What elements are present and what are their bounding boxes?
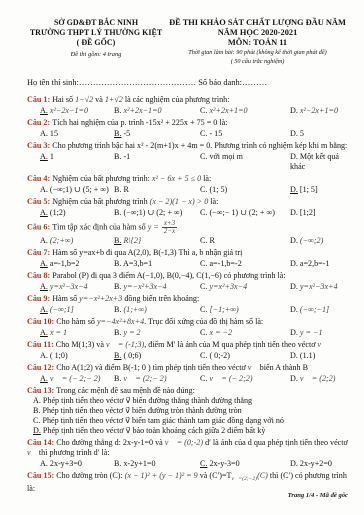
question-text-line: Câu 1: Hai số 1−√2 và 1+√2 là các nghiệm…: [27, 95, 350, 105]
option-letter: A.: [40, 236, 48, 245]
option-letter: D.: [290, 374, 298, 383]
option-letter: A.: [40, 351, 48, 360]
option-text: v⃗ = (2;− 2): [121, 374, 166, 383]
option-A: A. ( 1;0): [40, 351, 114, 361]
option-B: B. A=3,b=1: [114, 259, 200, 269]
answer-options: A. (2;+∞)B. R\{2}C. RD. (−∞;2): [27, 236, 350, 246]
question-text-line: Câu 13: Trong các mệnh đề sau mệnh đề nà…: [27, 386, 350, 396]
question-text: Nghiệm của bất phương trình:: [52, 174, 152, 183]
question-text: Cho M(1;3) và: [56, 340, 106, 349]
page-footer: Trang 1/4 - Mã đề gốc: [288, 492, 348, 499]
question-5: Câu 5: Nghiệm của bất phương trình (x − …: [27, 197, 350, 218]
option-D: D. y=x²−3x+4: [290, 282, 350, 292]
question-text: là các nghiệm của phương trình:: [123, 95, 230, 104]
option-text: y = −1: [298, 328, 323, 337]
option-text: ( 0;-2): [207, 351, 229, 360]
option-C: C. Phép tịnh tiến theo véctơ v⃗ biến tam…: [33, 416, 350, 426]
option-text: R: [121, 185, 128, 194]
question-text-line: Câu 15: Cho đường tròn (C): (x − 1)² + (…: [27, 471, 350, 494]
question-text: Cho phương trình bậc hai x² - 2(m+1)x + …: [52, 141, 347, 150]
option-text: với mọi m: [207, 152, 243, 161]
option-text: (1;2): [48, 208, 66, 217]
question-text: Cho hàm số: [56, 317, 97, 326]
question-text: Parabol (P) đi qua 3 điểm A(−1,0), B(0,−…: [52, 271, 285, 280]
option-letter: A.: [40, 185, 48, 194]
question-text: Hàm số y=ax+b đi qua A(2,0), B(-1,3) Thì…: [52, 248, 242, 257]
subject: MÔN: TOÁN 11: [165, 38, 350, 48]
formula: y=−x²+2x+3: [79, 294, 122, 303]
option-D: D. 5: [290, 129, 350, 139]
question-text: Tìm tập xác định của hàm số: [52, 222, 148, 231]
option-C: C. (1; 5): [200, 185, 290, 195]
question-text: Cho đường thẳng d: 2x-y-1=0 và: [56, 438, 165, 447]
question-10: Câu 10: Cho hàm số y=−4x²+8x+4. Trục đối…: [27, 317, 350, 338]
option-C: C. x = −2: [200, 328, 290, 338]
answer-options: A. x²−2x−1=0B. x²+2x−1=0C. x²+2x+1=0D. x…: [27, 106, 350, 116]
option-B: B. y = 2: [114, 328, 200, 338]
option-C: C. với mọi m: [200, 152, 290, 172]
question-9: Câu 9: Hàm số y=−x²+2x+3 đồng biến trên …: [27, 294, 350, 315]
question-number: Câu 14:: [27, 438, 56, 447]
option-D: D. (−∞;2): [290, 236, 350, 246]
option-text: Phép tịnh tiến theo véctơ v⃗ biến đường …: [40, 406, 241, 415]
option-A: A. a=-1,b=2: [40, 259, 114, 269]
question-2: Câu 2: Tích hai nghiệm của p. trình -15x…: [27, 118, 350, 139]
answer-options: A. (−∞;1]B. (1;+∞)C. [−1;+∞)D. (−∞;−1]: [27, 305, 350, 315]
question-count-note: ( 50 câu trắc nghiệm): [165, 58, 350, 66]
option-C: C. a=-1,b=-2: [200, 259, 290, 269]
option-D: D. (−∞;−1]: [290, 305, 350, 315]
option-letter: D.: [290, 129, 298, 138]
exam-page: { "colors": { "question_label": "#9c3a28…: [0, 0, 364, 515]
formula: x² − 6x + 5 ≤ 0: [152, 174, 201, 183]
option-B: B. (−∞;1) ∪ (2; + ∞): [114, 208, 200, 218]
option-text: -5: [121, 129, 130, 138]
question-number: Câu 2:: [27, 118, 52, 127]
question-13: Câu 13: Trong các mệnh đề sau mệnh đề nà…: [27, 386, 350, 436]
question-number: Câu 11:: [27, 340, 56, 349]
question-4: Câu 4: Nghiệm của bất phương trình: x² −…: [27, 174, 350, 195]
header-right-block: ĐỀ THI KHẢO SÁT CHẤT LƯỢNG ĐẦU NĂM NĂM H…: [165, 18, 350, 65]
option-D: D. Phép tịnh tiến theo véctơ v⃗ bảo toàn…: [33, 426, 350, 436]
option-text: (−∞;1) ∪ (2; + ∞): [121, 208, 182, 217]
option-text: v⃗ = (− 2;− 2): [48, 374, 101, 383]
option-A: A. x = 1: [40, 328, 114, 338]
option-D: D. [1; 5]: [290, 185, 350, 195]
option-text: R\{2}: [121, 236, 141, 245]
option-text: x = 1: [48, 328, 67, 337]
option-text: x²−2x+1=0: [298, 106, 338, 115]
option-A: A. y=x²−3x−4: [40, 282, 114, 292]
option-C: C. [−1;+∞): [200, 305, 290, 315]
duration-note: Thời gian làm bài: 90 phút (không kể thờ…: [165, 49, 350, 57]
option-text: (−∞;−1]: [298, 305, 329, 314]
option-B: B. R\{2}: [114, 236, 200, 246]
fraction: x+32−x: [162, 220, 177, 235]
option-letter: A.: [40, 328, 48, 337]
question-text-line: Câu 4: Nghiệm của bất phương trình: x² −…: [27, 174, 350, 184]
option-letter: D.: [290, 305, 298, 314]
option-letter: A.: [40, 106, 48, 115]
answer-options: A. a=-1,b=2B. A=3,b=1C. a=-1,b=-2D. a=2,…: [27, 259, 350, 269]
question-6: Câu 6: Tìm tập xác định của hàm số y = x…: [27, 220, 350, 246]
option-A: A. x²−2x−1=0: [40, 106, 114, 116]
option-text: [1; 5]: [298, 185, 318, 194]
option-letter: A.: [40, 152, 48, 161]
option-text: x²−2x−1=0: [48, 106, 88, 115]
answer-options: A. (−∞;1) ∪ (5; + ∞)B. RC. (1; 5)D. [1; …: [27, 185, 350, 195]
option-text: y=x²−3x−4: [48, 282, 88, 291]
option-B: B. x²+2x−1=0: [114, 106, 200, 116]
option-letter: A.: [40, 305, 48, 314]
option-text: x²+2x+1=0: [207, 106, 247, 115]
question-1: Câu 1: Hai số 1−√2 và 1+√2 là các nghiệm…: [27, 95, 350, 116]
option-D: D. 2x-y+2=0: [290, 459, 350, 469]
option-A: A. (1;2): [40, 208, 114, 218]
option-D: D. Một kết quả khác: [290, 152, 350, 172]
option-B: B. ( 0;6): [114, 351, 200, 361]
question-text: là:: [201, 174, 211, 183]
option-text: 2x-y+3=0: [48, 459, 82, 468]
option-text: ( 1;0): [48, 351, 68, 360]
question-number: Câu 4:: [27, 174, 52, 183]
option-C: C. - 15: [200, 129, 290, 139]
option-letter: A.: [40, 259, 48, 268]
option-text: (2;+∞): [48, 236, 73, 245]
option-letter: D.: [290, 259, 298, 268]
question-7: Câu 7: Hàm số y=ax+b đi qua A(2,0), B(-1…: [27, 248, 350, 269]
option-D: D. v⃗ = (2;2): [290, 374, 350, 384]
option-C: C. v⃗ = (− 2;2): [200, 374, 290, 384]
question-text-line: Câu 14: Cho đường thẳng d: 2x-y-1=0 và v…: [27, 438, 350, 458]
question-text: Cho đường tròn (C):: [56, 471, 124, 480]
question-text: thì phương trình d′ là:: [37, 448, 110, 457]
question-text-line: Câu 9: Hàm số y=−x²+2x+3 đồng biến trên …: [27, 294, 350, 304]
option-A: A. (−∞;1]: [40, 305, 114, 315]
question-text-line: Câu 3: Cho phương trình bậc hai x² - 2(m…: [27, 141, 350, 151]
option-letter: D.: [290, 459, 298, 468]
option-A: A. (−∞;1) ∪ (5; + ∞): [40, 185, 114, 195]
answer-options: A. v⃗ = (− 2;− 2)B. v⃗ = (2;− 2)C. v⃗ = …: [27, 374, 350, 384]
option-text: 2x-y-3=0: [207, 459, 239, 468]
option-C: C. (−∞;− 1) ∪ (2; + ∞): [200, 208, 290, 218]
question-number: Câu 13:: [27, 386, 56, 395]
option-D: D. (1.1): [290, 351, 350, 361]
option-text: (1.1): [298, 351, 316, 360]
option-text: -1: [121, 152, 130, 161]
question-number: Câu 12:: [27, 363, 56, 372]
exam-version: ( ĐỀ GỐC): [27, 38, 165, 48]
question-text-line: Câu 2: Tích hai nghiệm của p. trình -15x…: [27, 118, 350, 128]
question-15: Câu 15: Cho đường tròn (C): (x − 1)² + (…: [27, 471, 350, 494]
option-text: [1;2]: [298, 208, 316, 217]
option-C: C. R: [200, 236, 290, 246]
question-text: . Trục đối xứng của đồ thị hàm số là:: [144, 317, 263, 326]
question-8: Câu 8: Parabol (P) đi qua 3 điểm A(−1,0)…: [27, 271, 350, 292]
option-letter: D.: [33, 426, 41, 435]
option-text: - 15: [207, 129, 222, 138]
question-number: Câu 3:: [27, 141, 52, 150]
option-B: B. -1: [114, 152, 200, 172]
option-letter: D.: [290, 236, 298, 245]
option-letter: D.: [290, 152, 298, 161]
option-text: 2x-y+2=0: [298, 459, 332, 468]
formula: v⃗=(2;−2): [231, 476, 257, 482]
option-text: (1; 5): [207, 185, 227, 194]
option-text: (−∞;1]: [48, 305, 74, 314]
option-A: A. v⃗ = (− 2;− 2): [40, 374, 114, 384]
question-3: Câu 3: Cho phương trình bậc hai x² - 2(m…: [27, 141, 350, 172]
option-letter: A.: [40, 459, 48, 468]
option-text: x-2y+1=0: [121, 459, 155, 468]
student-info-line: Họ tên thí sinh:…………………………………… Số báo da…: [27, 78, 350, 87]
question-text: Nghiệm của bất phương trình: [52, 197, 149, 206]
option-letter: A.: [40, 374, 48, 383]
formula: v⃗ = (-1;3): [106, 340, 144, 349]
question-number: Câu 10:: [27, 317, 56, 326]
option-letter: A.: [40, 129, 48, 138]
option-text: 5: [298, 129, 304, 138]
option-letter: D.: [290, 106, 298, 115]
question-text-line: Câu 10: Cho hàm số y=−4x²+8x+4. Trục đối…: [27, 317, 350, 327]
answer-options: A. 2x-y+3=0B. x-2y+1=0C. 2x-y-3=0D. 2x-y…: [27, 459, 350, 469]
question-text-line: Câu 8: Parabol (P) đi qua 3 điểm A(−1,0)…: [27, 271, 350, 281]
option-text: (−∞;1) ∪ (5; + ∞): [48, 185, 109, 194]
question-text-line: Câu 11: Cho M(1;3) và v⃗ = (-1;3), điểm …: [27, 340, 350, 350]
option-text: a=2,b=-1: [298, 259, 330, 268]
question-12: Câu 12: Cho A(1;2) và điểm B(-1; 0 ) tìm…: [27, 363, 350, 384]
question-text: Cho A(1;2) và điểm B(-1; 0 ) tìm phép tị…: [56, 363, 248, 372]
option-text: v⃗ = (2;2): [298, 374, 336, 383]
option-text: a=-1,b=-2: [207, 259, 241, 268]
question-text: Hai số: [52, 95, 75, 104]
option-text: Phép tịnh tiến theo véctơ v⃗ biến đường …: [41, 396, 252, 405]
formula: 1−√2: [75, 95, 93, 104]
option-text: x = −2: [207, 328, 232, 337]
exam-header: SỞ GD&ĐT BẮC NINH TRƯỜNG THPT LÝ THƯỜNG …: [27, 18, 350, 65]
question-text: biến A thành B: [258, 363, 308, 372]
option-B: B. (1;+∞): [114, 305, 200, 315]
question-text: Hàm số: [52, 294, 79, 303]
question-number: Câu 1:: [27, 95, 52, 104]
formula: v⃗: [27, 448, 37, 457]
question-text: Tích hai nghiệm của p. trình -15x² + 225…: [52, 118, 227, 127]
option-text: R: [207, 236, 214, 245]
option-text: [−1;+∞): [207, 305, 238, 314]
option-text: Phép tịnh tiến theo véctơ v⃗ bảo toàn kh…: [41, 426, 266, 435]
option-C: C. 2x-y-3=0: [200, 459, 290, 469]
option-B: B. Phép tịnh tiến theo véctơ v⃗ biến đườ…: [33, 406, 350, 416]
header-left-block: SỞ GD&ĐT BẮC NINH TRƯỜNG THPT LÝ THƯỜNG …: [27, 18, 165, 65]
option-text: y=−x²+3x−4: [121, 282, 166, 291]
formula: (x − 1)² + (y − 1)² = 9: [125, 471, 198, 480]
option-text: 15: [48, 129, 58, 138]
document: SỞ GD&ĐT BẮC NINH TRƯỜNG THPT LÝ THƯỜNG …: [0, 0, 364, 494]
answer-options: A. 1B. -1C. với mọi mD. Một kết quả khác: [27, 152, 350, 172]
answer-options: A. y=x²−3x−4B. y=−x²+3x−4C. y=x²+3x−4D. …: [27, 282, 350, 292]
question-number: Câu 7:: [27, 248, 52, 257]
question-number: Câu 15:: [27, 471, 56, 480]
option-B: B. y=−x²+3x−4: [114, 282, 200, 292]
page-count-note: Đề thi gồm: 4 trang: [27, 51, 165, 59]
question-text-line: Câu 5: Nghiệm của bất phương trình (x − …: [27, 197, 350, 207]
formula: y =: [148, 222, 161, 231]
option-A: A. 15: [40, 129, 114, 139]
option-D: D. a=2,b=-1: [290, 259, 350, 269]
option-B: B. R: [114, 185, 200, 195]
option-letter: D.: [290, 351, 298, 360]
question-text-line: Câu 6: Tìm tập xác định của hàm số y = x…: [27, 220, 350, 235]
option-A: A. 2x-y+3=0: [40, 459, 114, 469]
question-text: và: [93, 95, 105, 104]
school-year: NĂM HỌC 2020-2021: [165, 28, 350, 38]
question-text-line: Câu 7: Hàm số y=ax+b đi qua A(2,0), B(-1…: [27, 248, 350, 258]
option-C: C. y=x²+3x−4: [200, 282, 290, 292]
question-text: Trong các mệnh đề sau mệnh đề nào đúng:: [56, 386, 195, 395]
question-14: Câu 14: Cho đường thẳng d: 2x-y-1=0 và v…: [27, 438, 350, 469]
answer-options: A. ( 1;0)B. ( 0;6)C. ( 0;-2)D. (1.1): [27, 351, 350, 361]
questions: Câu 1: Hai số 1−√2 và 1+√2 là các nghiệm…: [27, 95, 350, 494]
option-text: ( 0;6): [121, 351, 141, 360]
question-text: là:: [208, 197, 218, 206]
option-text: Phép tịnh tiến theo véctơ v⃗ biến tam gi…: [40, 416, 284, 425]
formula: y=−4x²+8x+4: [97, 317, 144, 326]
option-text: 1: [48, 152, 54, 161]
option-C: C. ( 0;-2): [200, 351, 290, 361]
question-number: Câu 9:: [27, 294, 52, 303]
option-B: B. v⃗ = (2;− 2): [114, 374, 200, 384]
formula: v⃗: [248, 363, 258, 372]
option-D: D. [1;2]: [290, 208, 350, 218]
answer-options: A. (1;2)B. (−∞;1) ∪ (2; + ∞)C. (−∞;− 1) …: [27, 208, 350, 218]
option-A: A. Phép tịnh tiến theo véctơ v⃗ biến đườ…: [33, 396, 350, 406]
department-name: SỞ GD&ĐT BẮC NINH: [27, 18, 165, 28]
option-C: C. x²+2x+1=0: [200, 106, 290, 116]
option-text: a=-1,b=2: [48, 259, 80, 268]
option-text: v⃗ = (− 2;2): [207, 374, 252, 383]
exam-title: ĐỀ THI KHẢO SÁT CHẤT LƯỢNG ĐẦU NĂM: [165, 18, 350, 28]
option-B: B. x-2y+1=0: [114, 459, 200, 469]
option-letter: D.: [290, 282, 298, 291]
formula: (C): [257, 471, 268, 480]
question-text-line: Câu 12: Cho A(1;2) và điểm B(-1; 0 ) tìm…: [27, 363, 350, 373]
option-letter: D.: [290, 185, 298, 194]
option-text: (1;+∞): [121, 305, 146, 314]
answer-options: A. x = 1B. y = 2C. x = −2D. y = −1: [27, 328, 350, 338]
option-text: A=3,b=1: [121, 259, 152, 268]
option-A: A. (2;+∞): [40, 236, 114, 246]
option-letter: D.: [290, 328, 298, 337]
option-text: Một kết quả khác: [290, 152, 339, 171]
option-letter: A.: [40, 208, 48, 217]
question-text: đồng biến trên khoảng:: [122, 294, 199, 303]
formula: v⃗ = (0;-2): [165, 438, 203, 447]
option-text: y=x²−3x+4: [298, 282, 338, 291]
option-D: D. y = −1: [290, 328, 350, 338]
school-name: TRƯỜNG THPT LÝ THƯỜNG KIỆT: [27, 28, 165, 38]
answer-options: A. Phép tịnh tiến theo véctơ v⃗ biến đườ…: [27, 396, 350, 436]
question-number: Câu 6:: [27, 222, 52, 231]
option-B: B. -5: [114, 129, 200, 139]
option-text: y = 2: [121, 328, 140, 337]
fraction-denominator: 2−x: [162, 228, 177, 235]
question-text: và (C′)=T: [198, 471, 232, 480]
option-text: (−∞;− 1) ∪ (2; + ∞): [207, 208, 275, 217]
formula: 1+√2: [105, 95, 123, 104]
option-D: D. x²−2x+1=0: [290, 106, 350, 116]
question-number: Câu 5:: [27, 197, 52, 206]
option-text: x²+2x−1=0: [121, 106, 161, 115]
option-letter: A.: [33, 396, 41, 405]
formula: v⃗: [318, 340, 328, 349]
option-text: (−∞;2): [298, 236, 323, 245]
question-text: d′ là ảnh của d qua phép tịnh tiến theo …: [203, 438, 348, 447]
formula: (x − 2)(1 − x) > 0: [150, 197, 209, 206]
option-text: y=x²+3x−4: [207, 282, 247, 291]
question-number: Câu 8:: [27, 271, 52, 280]
question-11: Câu 11: Cho M(1;3) và v⃗ = (-1;3), điểm …: [27, 340, 350, 361]
answer-options: A. 15B. -5C. - 15D. 5: [27, 129, 350, 139]
option-A: A. 1: [40, 152, 114, 172]
option-letter: A.: [40, 282, 48, 291]
option-letter: D.: [290, 208, 298, 217]
question-text: , điểm M′ là ảnh của M qua phép tịnh tiế…: [144, 340, 317, 349]
